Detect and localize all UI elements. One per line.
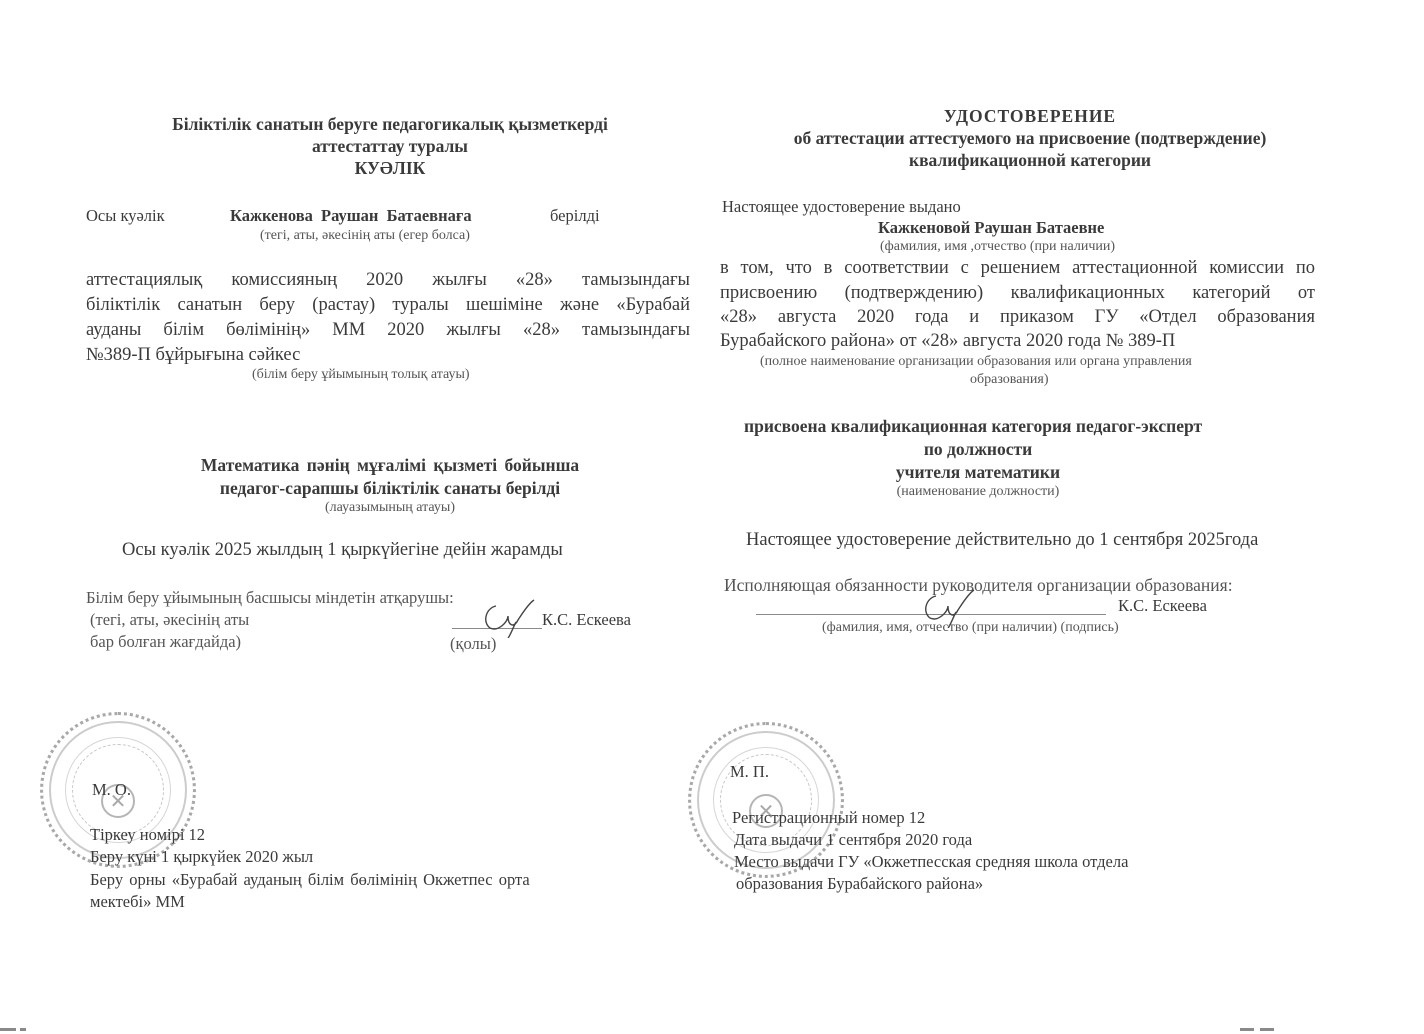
kz-issue-date: Беру күні 1 қыркүйек 2020 жыл [90, 847, 313, 867]
kz-position-hint: (лауазымының атауы) [90, 500, 690, 516]
ru-org-hint-line1: (полное наименование организации образов… [760, 354, 1192, 370]
ru-stamp-label: М. П. [730, 762, 769, 782]
kz-signature-hint: (қолы) [450, 634, 496, 654]
kz-position-line1: Математика пәнің мұғалімі қызметі бойынш… [90, 455, 690, 476]
ru-org-hint-line2: образования) [970, 372, 1049, 388]
scan-edge-mark [20, 1028, 26, 1031]
kz-validity: Осы куәлік 2025 жылдың 1 қыркүйегіне дей… [122, 540, 563, 561]
ru-recipient-name: Кажкеновой Раушан Батаевне [878, 218, 1104, 238]
kz-recipient-name: Кажкенова Раушан Батаевнаға [230, 206, 472, 226]
kz-body-line: біліктілік санатын беру (растау) туралы … [86, 295, 690, 316]
kz-body-last-line: №389-П бұйрығына сәйкес [86, 345, 300, 366]
kz-head-hint-line1: (тегі, аты, әкесінің аты [90, 610, 249, 630]
kz-signer: К.С. Ескеева [542, 610, 631, 630]
kz-title-line1: Біліктілік санатын беруге педагогикалық … [90, 114, 690, 135]
kz-reg-number: Тіркеу номірі 12 [90, 825, 205, 845]
kz-name-hint: (тегі, аты, әкесінің аты (егер болса) [260, 228, 470, 244]
kz-issue-place-line1: Беру орны «Бурабай ауданың білім бөлімін… [90, 870, 530, 890]
ru-issued-prefix: Настоящее удостоверение выдано [722, 197, 961, 217]
certificate-page: Біліктілік санатын беруге педагогикалық … [0, 0, 1424, 1034]
kz-signature-icon [478, 598, 538, 638]
kz-issued-suffix: берілді [550, 206, 600, 226]
ru-body-last-line: Бурабайского района» от «28» августа 202… [720, 331, 1175, 352]
ru-signer: К.С. Ескеева [1118, 596, 1207, 616]
ru-title-line3: квалификационной категории [725, 150, 1335, 171]
ru-validity: Настоящее удостоверение действительно до… [746, 530, 1258, 551]
kz-stamp-label: М. О. [92, 780, 131, 800]
ru-body-line: в том, что в соответствии с решением атт… [720, 258, 1315, 279]
ru-title-line1: УДОСТОВЕРЕНИЕ [725, 106, 1335, 127]
ru-issue-date: Дата выдачи 1 сентября 2020 года [734, 830, 972, 850]
kz-issue-place-line2: мектебі» ММ [90, 892, 185, 912]
kz-head-label: Білім беру ұйымының басшысы міндетін атқ… [86, 588, 454, 608]
kz-issued-prefix: Осы куәлік [86, 206, 165, 226]
ru-issue-place-line2: образования Бурабайского района» [736, 874, 983, 894]
ru-signature-hint: (фамилия, имя, отчество (при наличии) (п… [822, 620, 1119, 636]
ru-head-label: Исполняющая обязанности руководителя орг… [724, 575, 1233, 596]
kz-position-line2: педагог-сарапшы біліктілік санаты берілд… [90, 478, 690, 499]
ru-position-hint: (наименование должности) [673, 484, 1283, 500]
scan-edge-mark [1260, 1028, 1274, 1031]
scan-edge-mark [1240, 1028, 1254, 1031]
kz-title-line2: аттестаттау туралы [90, 136, 690, 157]
kz-body-line: аттестациялық комиссияның 2020 жылғы «28… [86, 270, 690, 291]
ru-category-line2: по должности [673, 439, 1283, 460]
ru-body-line: присвоению (подтверждению) квалификацион… [720, 283, 1315, 304]
ru-category-line3: учителя математики [673, 462, 1283, 483]
kz-title-line3: КУӘЛІК [90, 158, 690, 179]
kz-head-hint-line2: бар болған жағдайда) [90, 632, 241, 652]
ru-reg-number: Регистрационный номер 12 [732, 808, 925, 828]
kz-body-line: ауданы білім бөлімінің» ММ 2020 жылғы «2… [86, 320, 690, 341]
ru-name-hint: (фамилия, имя ,отчество (при наличии) [880, 239, 1115, 255]
ru-issue-place-line1: Место выдачи ГУ «Окжетпесская средняя шк… [734, 852, 1128, 872]
ru-category-line1: присвоена квалификационная категория пед… [744, 416, 1202, 437]
ru-title-line2: об аттестации аттестуемого на присвоение… [725, 128, 1335, 149]
scan-edge-mark [0, 1028, 16, 1031]
kz-org-hint: (білім беру ұйымының толық атауы) [252, 367, 470, 383]
ru-body-line: «28» августа 2020 года и приказом ГУ «От… [720, 307, 1315, 328]
